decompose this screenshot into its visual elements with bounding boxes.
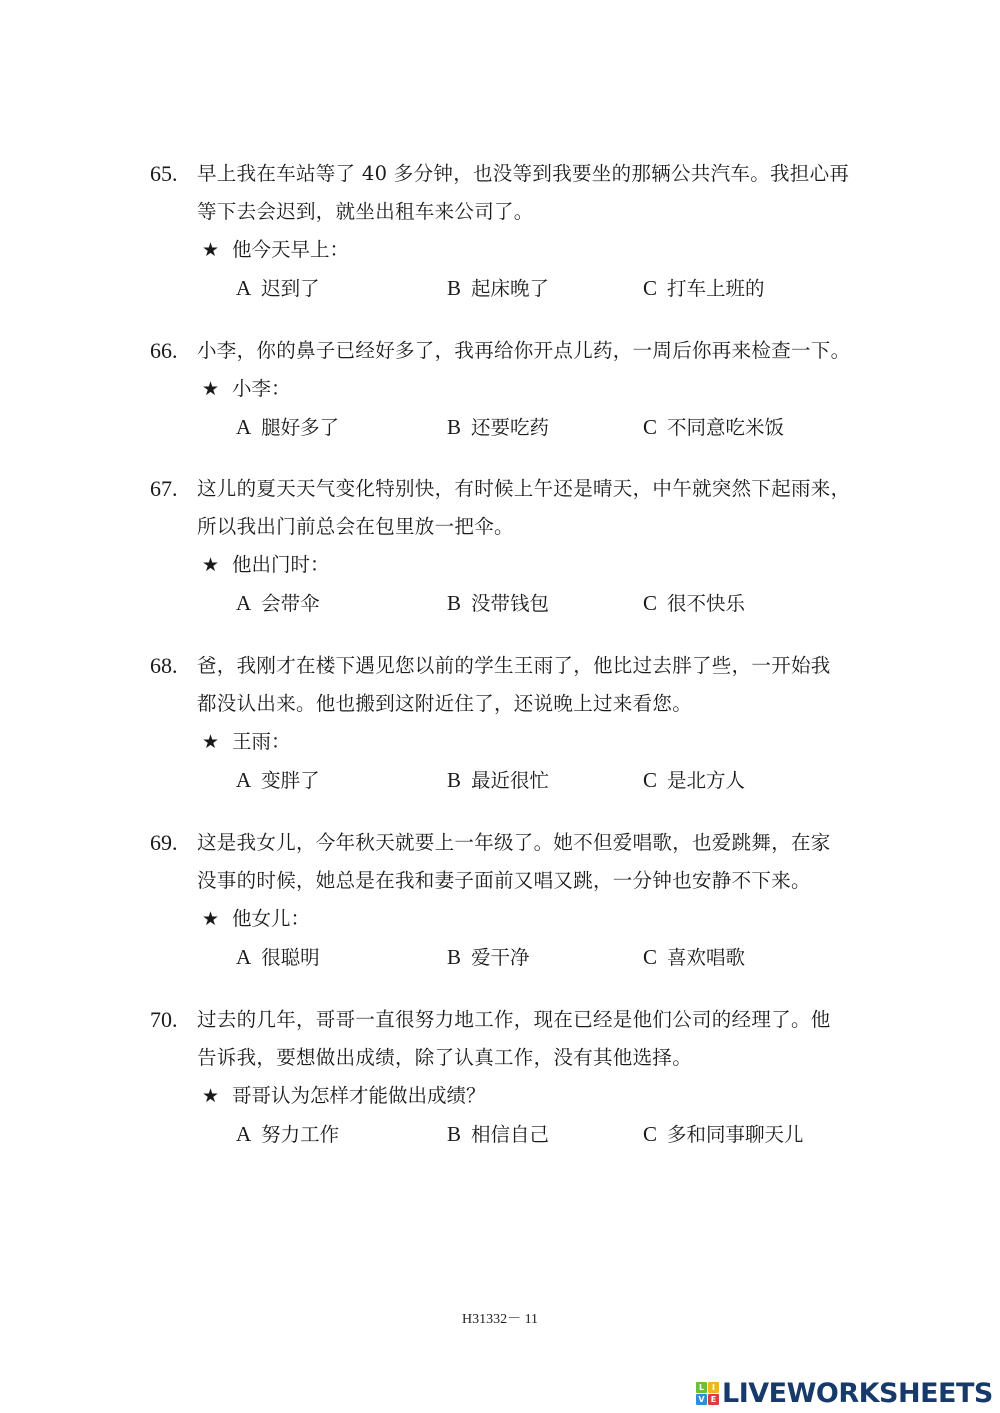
option-letter: C bbox=[643, 591, 657, 615]
option-b[interactable]: B相信自己 bbox=[447, 1115, 549, 1154]
option-text: 还要吃药 bbox=[471, 416, 549, 439]
question-text-line: 早上我在车站等了 40 多分钟，也没等到我要坐的那辆公共汽车。我担心再 bbox=[197, 155, 849, 193]
option-a[interactable]: A会带伞 bbox=[236, 584, 320, 623]
option-letter: C bbox=[643, 1122, 657, 1146]
question-prompt: 他出门时： bbox=[232, 546, 330, 584]
option-a[interactable]: A腿好多了 bbox=[236, 408, 339, 447]
option-letter: A bbox=[236, 1122, 251, 1146]
question-70: 70. 过去的几年，哥哥一直很努力地工作，现在已经是他们公司的经理了。他 告诉我… bbox=[150, 1001, 860, 1153]
worksheet-page: 65. 早上我在车站等了 40 多分钟，也没等到我要坐的那辆公共汽车。我担心再 … bbox=[0, 0, 1000, 1413]
option-text: 迟到了 bbox=[261, 277, 320, 300]
question-number: 65. bbox=[150, 155, 178, 193]
option-c[interactable]: C很不快乐 bbox=[643, 584, 745, 623]
option-b[interactable]: B起床晚了 bbox=[447, 269, 549, 308]
logo-tile-v: V bbox=[696, 1394, 707, 1405]
star-icon: ★ bbox=[202, 370, 219, 408]
question-prompt: 哥哥认为怎样才能做出成绩？ bbox=[232, 1077, 486, 1115]
logo-tile-e: E bbox=[708, 1394, 719, 1405]
question-prompt: 小李： bbox=[232, 370, 291, 408]
question-text-line: 过去的几年，哥哥一直很努力地工作，现在已经是他们公司的经理了。他 bbox=[197, 1001, 831, 1039]
option-text: 喜欢唱歌 bbox=[667, 946, 745, 969]
option-a[interactable]: A很聪明 bbox=[236, 938, 320, 977]
option-c[interactable]: C是北方人 bbox=[643, 761, 745, 800]
option-letter: B bbox=[447, 591, 461, 615]
option-text: 打车上班的 bbox=[667, 277, 765, 300]
option-b[interactable]: B还要吃药 bbox=[447, 408, 549, 447]
option-text: 会带伞 bbox=[261, 592, 320, 615]
option-c[interactable]: C喜欢唱歌 bbox=[643, 938, 745, 977]
question-text-line: 这是我女儿，今年秋天就要上一年级了。她不但爱唱歌，也爱跳舞，在家 bbox=[197, 824, 831, 862]
question-65: 65. 早上我在车站等了 40 多分钟，也没等到我要坐的那辆公共汽车。我担心再 … bbox=[150, 155, 860, 307]
question-text-line: 这儿的夏天天气变化特别快，有时候上午还是晴天，中午就突然下起雨来， bbox=[197, 470, 850, 508]
option-letter: B bbox=[447, 945, 461, 969]
liveworksheets-logo: L I V E LIVEWORKSHEETS bbox=[696, 1377, 993, 1409]
option-text: 努力工作 bbox=[261, 1123, 339, 1146]
option-letter: B bbox=[447, 276, 461, 300]
option-letter: C bbox=[643, 945, 657, 969]
question-text-line: 所以我出门前总会在包里放一把伞。 bbox=[197, 508, 514, 546]
option-a[interactable]: A变胖了 bbox=[236, 761, 320, 800]
question-number: 66. bbox=[150, 332, 178, 370]
logo-tile-i: I bbox=[708, 1382, 719, 1393]
option-c[interactable]: C打车上班的 bbox=[643, 269, 765, 308]
option-text: 变胖了 bbox=[261, 769, 320, 792]
option-text: 多和同事聊天儿 bbox=[667, 1123, 804, 1146]
option-text: 爱干净 bbox=[471, 946, 530, 969]
question-prompt: 王雨： bbox=[232, 723, 291, 761]
option-text: 很聪明 bbox=[261, 946, 320, 969]
option-text: 起床晚了 bbox=[471, 277, 549, 300]
option-a[interactable]: A迟到了 bbox=[236, 269, 320, 308]
question-text-line: 都没认出来。他也搬到这附近住了，还说晚上过来看您。 bbox=[197, 685, 692, 723]
option-text: 很不快乐 bbox=[667, 592, 745, 615]
options-row: A变胖了 B最近很忙 C是北方人 bbox=[150, 761, 860, 799]
option-letter: C bbox=[643, 768, 657, 792]
option-letter: C bbox=[643, 276, 657, 300]
options-row: A腿好多了 B还要吃药 C不同意吃米饭 bbox=[150, 408, 860, 446]
option-text: 腿好多了 bbox=[261, 416, 339, 439]
question-text-line: 告诉我，要想做出成绩，除了认真工作，没有其他选择。 bbox=[197, 1039, 692, 1077]
logo-text: LIVEWORKSHEETS bbox=[722, 1378, 993, 1409]
question-number: 70. bbox=[150, 1001, 178, 1039]
option-letter: B bbox=[447, 1122, 461, 1146]
option-letter: A bbox=[236, 591, 251, 615]
question-text-line: 爸，我刚才在楼下遇见您以前的学生王雨了，他比过去胖了些，一开始我 bbox=[197, 647, 831, 685]
option-letter: B bbox=[447, 415, 461, 439]
question-prompt: 他女儿： bbox=[232, 900, 310, 938]
option-c[interactable]: C不同意吃米饭 bbox=[643, 408, 784, 447]
star-icon: ★ bbox=[202, 231, 219, 269]
question-number: 67. bbox=[150, 470, 178, 508]
question-text-line: 小李，你的鼻子已经好多了，我再给你开点儿药，一周后你再来检查一下。 bbox=[197, 332, 850, 370]
option-letter: A bbox=[236, 945, 251, 969]
question-text-line: 等下去会迟到，就坐出租车来公司了。 bbox=[197, 193, 534, 231]
star-icon: ★ bbox=[202, 1077, 219, 1115]
option-text: 是北方人 bbox=[667, 769, 745, 792]
options-row: A迟到了 B起床晚了 C打车上班的 bbox=[150, 269, 860, 307]
question-prompt: 他今天早上： bbox=[232, 231, 349, 269]
options-row: A努力工作 B相信自己 C多和同事聊天儿 bbox=[150, 1115, 860, 1153]
star-icon: ★ bbox=[202, 546, 219, 584]
option-text: 相信自己 bbox=[471, 1123, 549, 1146]
option-a[interactable]: A努力工作 bbox=[236, 1115, 339, 1154]
option-letter: C bbox=[643, 415, 657, 439]
option-text: 最近很忙 bbox=[471, 769, 549, 792]
option-b[interactable]: B爱干净 bbox=[447, 938, 530, 977]
options-row: A会带伞 B没带钱包 C很不快乐 bbox=[150, 584, 860, 622]
question-69: 69. 这是我女儿，今年秋天就要上一年级了。她不但爱唱歌，也爱跳舞，在家 没事的… bbox=[150, 824, 860, 976]
logo-tiles-icon: L I V E bbox=[696, 1382, 719, 1405]
question-68: 68. 爸，我刚才在楼下遇见您以前的学生王雨了，他比过去胖了些，一开始我 都没认… bbox=[150, 647, 860, 799]
page-code: H31332－ 11 bbox=[0, 1308, 1000, 1328]
option-letter: A bbox=[236, 276, 251, 300]
logo-tile-l: L bbox=[696, 1382, 707, 1393]
question-67: 67. 这儿的夏天天气变化特别快，有时候上午还是晴天，中午就突然下起雨来， 所以… bbox=[150, 470, 860, 622]
option-b[interactable]: B最近很忙 bbox=[447, 761, 549, 800]
question-number: 68. bbox=[150, 647, 178, 685]
option-letter: B bbox=[447, 768, 461, 792]
option-letter: A bbox=[236, 415, 251, 439]
option-c[interactable]: C多和同事聊天儿 bbox=[643, 1115, 804, 1154]
option-text: 不同意吃米饭 bbox=[667, 416, 784, 439]
question-66: 66. 小李，你的鼻子已经好多了，我再给你开点儿药，一周后你再来检查一下。 ★ … bbox=[150, 332, 860, 446]
option-text: 没带钱包 bbox=[471, 592, 549, 615]
option-letter: A bbox=[236, 768, 251, 792]
option-b[interactable]: B没带钱包 bbox=[447, 584, 549, 623]
star-icon: ★ bbox=[202, 723, 219, 761]
question-number: 69. bbox=[150, 824, 178, 862]
options-row: A很聪明 B爱干净 C喜欢唱歌 bbox=[150, 938, 860, 976]
star-icon: ★ bbox=[202, 900, 219, 938]
question-text-line: 没事的时候，她总是在我和妻子面前又唱又跳，一分钟也安静不下来。 bbox=[197, 862, 811, 900]
